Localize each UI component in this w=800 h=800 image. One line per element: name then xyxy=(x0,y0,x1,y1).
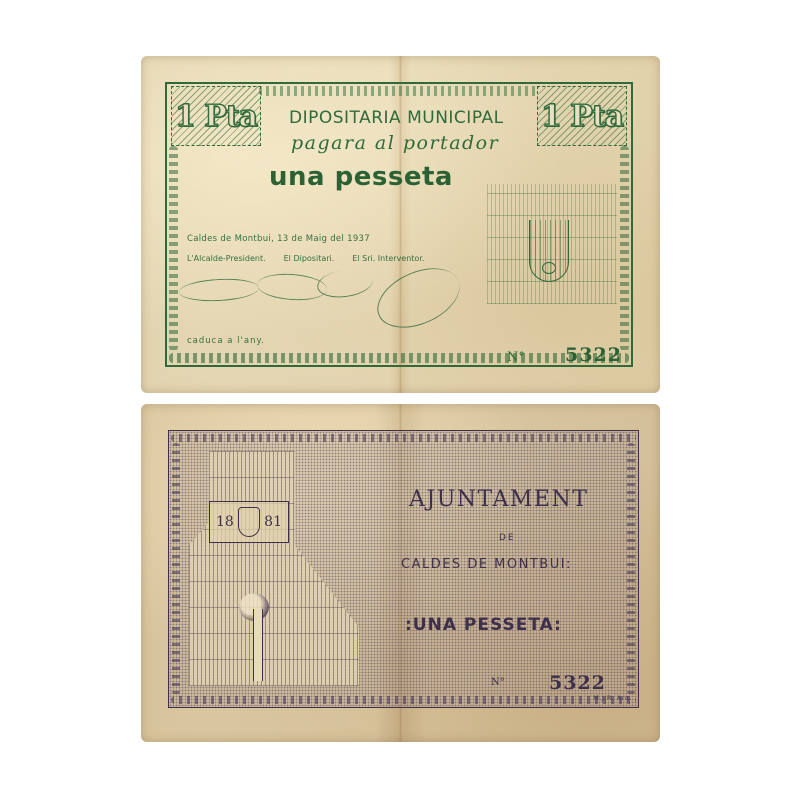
left-ornament xyxy=(172,443,180,695)
denomination-corner-left: 1 Pta xyxy=(171,86,261,146)
water-spout xyxy=(253,609,263,681)
banknote-front: 1 Pta 1 Pta DIPOSITARIA MUNICIPAL pagara… xyxy=(141,56,660,393)
top-ornament xyxy=(171,434,636,442)
denomination-label: 1 Pta xyxy=(541,99,623,134)
right-ornament xyxy=(620,146,629,351)
payment-promise: pagara al portador xyxy=(291,132,499,154)
back-border-frame: 18 81 AJUNTAMENT DE CALDES DE MONTBUI: :… xyxy=(168,430,639,708)
plaque-year-right: 81 xyxy=(264,514,282,530)
top-ornament xyxy=(259,86,539,96)
expiry-note: caduca a l'any. xyxy=(187,336,265,346)
role-comptroller: El Sri. Interventor. xyxy=(352,254,424,263)
council-title: AJUNTAMENT xyxy=(409,487,588,512)
bottom-ornament xyxy=(169,353,629,363)
front-border-frame: 1 Pta 1 Pta DIPOSITARIA MUNICIPAL pagara… xyxy=(165,82,633,367)
plaque-year-left: 18 xyxy=(216,514,234,530)
denomination-corner-right: 1 Pta xyxy=(537,86,627,146)
signature-comptroller xyxy=(368,257,469,340)
right-ornament xyxy=(627,443,635,695)
bottom-ornament xyxy=(171,696,636,704)
issuer-title: DIPOSITARIA MUNICIPAL xyxy=(289,108,504,128)
connector-text: DE xyxy=(499,533,516,543)
amount-text: :UNA PESSETA: xyxy=(405,615,562,635)
signature-flourish xyxy=(315,266,374,301)
amount-text: una pesseta xyxy=(269,162,453,192)
coat-of-arms-icon xyxy=(542,262,556,274)
signature-mayor xyxy=(178,277,259,303)
role-depositary: El Dipositari. xyxy=(284,254,335,263)
role-mayor: L'Alcalde-President. xyxy=(187,254,266,263)
dated-plaque: 18 81 xyxy=(209,501,289,543)
place-date: Caldes de Montbui, 13 de Maig del 1937 xyxy=(187,234,370,244)
serial-label: N° xyxy=(491,677,505,688)
serial-label: N° xyxy=(507,350,525,365)
fountain-vignette xyxy=(189,451,359,686)
town-name: CALDES DE MONTBUI: xyxy=(401,557,572,572)
serial-number: 5322 xyxy=(549,672,606,694)
artist-signature: M.J.R. Arq. xyxy=(593,694,632,702)
signatory-roles: L'Alcalde-President. El Dipositari. El S… xyxy=(187,254,424,263)
shield-emblem-icon xyxy=(238,507,260,537)
serial-number: 5322 xyxy=(565,344,622,366)
denomination-label: 1 Pta xyxy=(175,99,257,134)
banknote-back: 18 81 AJUNTAMENT DE CALDES DE MONTBUI: :… xyxy=(141,404,660,742)
left-ornament xyxy=(169,146,178,351)
